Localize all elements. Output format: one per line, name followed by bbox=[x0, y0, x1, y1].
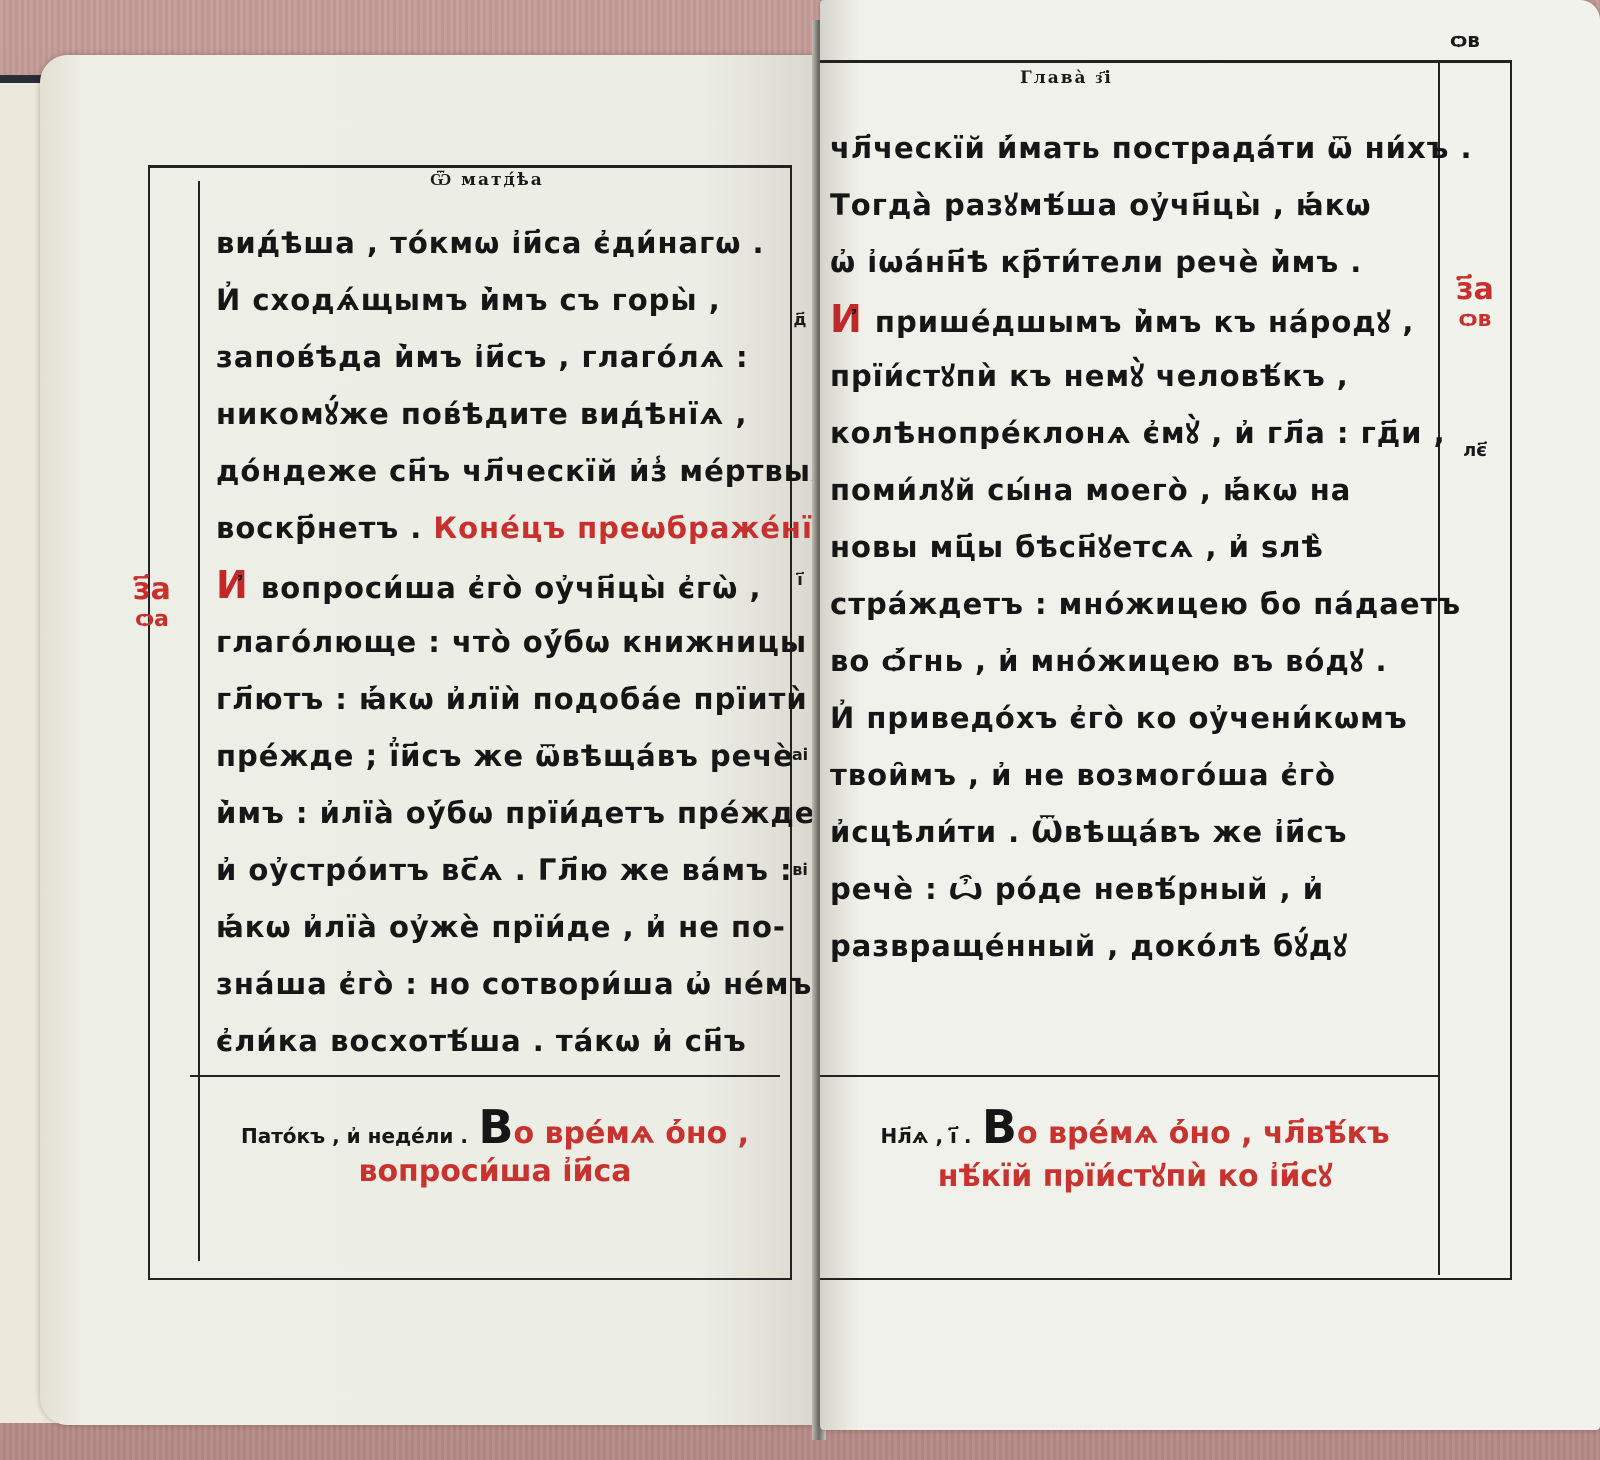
verse-number: ві bbox=[790, 860, 810, 879]
text-line: твои̑мъ , и҆ не возмого́ша є҆го̀ bbox=[830, 747, 1430, 804]
page-number: ѻв bbox=[1450, 28, 1480, 52]
text-line: И҆ приведо́хъ є҆го̀ ко оу҆чени́кѡмъ bbox=[830, 690, 1430, 747]
text-line: Тогда̀ разꙋмѣ́ша оу҆чн҃цы̀ , ꙗ҆́кѡ bbox=[830, 177, 1430, 234]
text-line: развраще́нный , доко́лѣ бꙋ́дꙋ bbox=[830, 918, 1430, 975]
margin-number: з҃а bbox=[1445, 275, 1505, 305]
rubric-prefix: Пато́къ , и҆ неде́ли . bbox=[241, 1124, 468, 1148]
right-margin-rule bbox=[1438, 62, 1440, 1275]
text-line: чл҃ческїй и҆́мать пострада́ти ѿ ни́хъ . bbox=[830, 120, 1430, 177]
running-head: Ѿ матд́ѣа bbox=[430, 170, 544, 190]
text-segment: ҆ прише́дшымъ и҆̀мъ къ на́родꙋ , bbox=[863, 305, 1415, 339]
margin-verse-number: лє҃ bbox=[1455, 440, 1495, 461]
text-segment: воскр҃нетъ . Коне́цъ преѡбраже́нїю . bbox=[216, 511, 865, 545]
text-line: зна́ша є҆го̀ : но сотвори́ша ѡ҆ не́мъ bbox=[216, 956, 796, 1013]
text-line: новы мц҃ы бѣсн҃ꙋетсѧ , и҆ ѕлѣ̀ bbox=[830, 519, 1430, 576]
text-line: стра́ждетъ : мно́жицею бо па́даетъ bbox=[830, 576, 1430, 633]
text-line: во ѻ҆́гнь , и҆ мно́жицею въ во́дꙋ . bbox=[830, 633, 1430, 690]
rubric-initial: В bbox=[478, 1100, 513, 1154]
red-rubric-phrase: Коне́цъ преѡбраже́нїю . bbox=[433, 511, 865, 545]
margin-reading-number: з҃а ѻа bbox=[132, 575, 172, 635]
left-page: Ѿ матд́ѣа вид́ѣша , то́кмѡ і҆и҃са є҆ди́н… bbox=[40, 55, 818, 1425]
text-line: и҆̀мъ : и҆лїа̀ оу҆́бѡ прїи́детъ пре́жде … bbox=[216, 785, 796, 842]
left-text-block: вид́ѣша , то́кмѡ і҆и҃са є҆ди́нагѡ . И҆ с… bbox=[216, 215, 796, 1070]
verse-number: і҃ bbox=[790, 570, 810, 589]
text-line: колѣнопре́клонѧ є҆мꙋ̀ , и҆ гл҃а : гд҃и , bbox=[830, 405, 1430, 462]
text-line: и҆сцѣли́ти . Ѿвѣща́въ же і҆и҃съ bbox=[830, 804, 1430, 861]
text-line: ꙗ҆́кѡ и҆лїа̀ оу҆жѐ прїи́де , и҆ не по- bbox=[216, 899, 796, 956]
lectionary-rubric: Пато́къ , и҆ неде́ли . Во вре́мѧ о҆́но ,… bbox=[200, 1100, 790, 1189]
text-line: и҆ оу҆стро́итъ вс҃ѧ . Гл҃ю же ва́мъ : bbox=[216, 842, 796, 899]
margin-reading-number: з҃а ѻв bbox=[1445, 275, 1505, 335]
text-line: є҆ли́ка восхотѣ́ша . та́кѡ и҆ сн҃ъ bbox=[216, 1013, 796, 1070]
chapter-heading: Глава̀ з҃і bbox=[1020, 68, 1113, 88]
text-line: вид́ѣша , то́кмѡ і҆и҃са є҆ди́нагѡ . bbox=[216, 215, 796, 272]
text-line: И҆ сходѧ́щымъ и҆̀мъ съ горы̀ , bbox=[216, 272, 796, 329]
rubric-initial: В bbox=[982, 1100, 1017, 1154]
margin-number: з҃а bbox=[132, 575, 172, 605]
text-line: до́ндеже сн҃ъ чл҃ческїй и҆з̾ ме́ртвыхъ bbox=[216, 443, 796, 500]
text-line: пре́жде ; ї҆и҃съ же ѿвѣща́въ речѐ bbox=[216, 728, 796, 785]
left-margin-rule bbox=[198, 181, 200, 1261]
text-line-with-red-phrase: воскр҃нетъ . Коне́цъ преѡбраже́нїю . bbox=[216, 500, 796, 557]
rubric-divider bbox=[820, 1075, 1438, 1077]
text-line-red-initial: И҆ вопроси́ша є҆го̀ оу҆чн҃цы̀ є҆гѡ̀ , bbox=[216, 557, 796, 614]
lectionary-rubric: Нл҃ѧ , і҃ . Во вре́мѧ о҆́но , чл҃вѣ́къ н… bbox=[830, 1100, 1440, 1195]
text-line: гл҃ютъ : ꙗ҆́кѡ и҆лїѝ подоба́е прїитѝ bbox=[216, 671, 796, 728]
text-line: прїи́стꙋпѝ къ немꙋ̀ человѣ́къ , bbox=[830, 348, 1430, 405]
red-initial: И bbox=[216, 563, 249, 607]
text-line: запов́ѣда и҆̀мъ і҆и҃съ , глаго́лѧ : bbox=[216, 329, 796, 386]
text-line: глаго́люще : что̀ оу҆́бѡ книжницы bbox=[216, 614, 796, 671]
rubric-text: о вре́мѧ о҆́но , bbox=[513, 1116, 749, 1151]
rubric-text: о вре́мѧ о҆́но , чл҃вѣ́къ bbox=[1017, 1116, 1390, 1151]
margin-number: ѻв bbox=[1445, 305, 1505, 335]
rubric-line-2: нѣ́кїй прїи́стꙋпѝ ко і҆и҃сꙋ bbox=[830, 1154, 1440, 1195]
text-line: поми́лꙋй сы́на моего̀ , ꙗ҆́кѡ на bbox=[830, 462, 1430, 519]
rubric-divider bbox=[190, 1075, 780, 1077]
rubric-prefix: Нл҃ѧ , і҃ . bbox=[880, 1124, 971, 1148]
red-initial: И bbox=[830, 297, 863, 341]
text-line: ѡ҆ і҆ѡа́нн҃ѣ кр҃ти́тели речѐ и҆̀мъ . bbox=[830, 234, 1430, 291]
text-line: никомꙋ́же пов́ѣдите вид́ѣнїѧ , bbox=[216, 386, 796, 443]
right-text-block: чл҃ческїй и҆́мать пострада́ти ѿ ни́хъ . … bbox=[830, 120, 1430, 975]
text-line-red-initial: И҆ прише́дшымъ и҆̀мъ къ на́родꙋ , bbox=[830, 291, 1430, 348]
text-line: речѐ : ѽ ро́де невѣ́рный , и҆ bbox=[830, 861, 1430, 918]
text-segment: ҆ вопроси́ша є҆го̀ оу҆чн҃цы̀ є҆гѡ̀ , bbox=[249, 571, 762, 605]
rubric-line-2: вопроси́ша і҆и҃са bbox=[200, 1154, 790, 1189]
right-page: Глава̀ з҃і ѻв чл҃ческїй и҆́мать пострада… bbox=[820, 0, 1600, 1430]
margin-number: ѻа bbox=[132, 605, 172, 635]
verse-number: аі bbox=[790, 745, 810, 764]
verse-number: д҃ bbox=[790, 310, 810, 329]
